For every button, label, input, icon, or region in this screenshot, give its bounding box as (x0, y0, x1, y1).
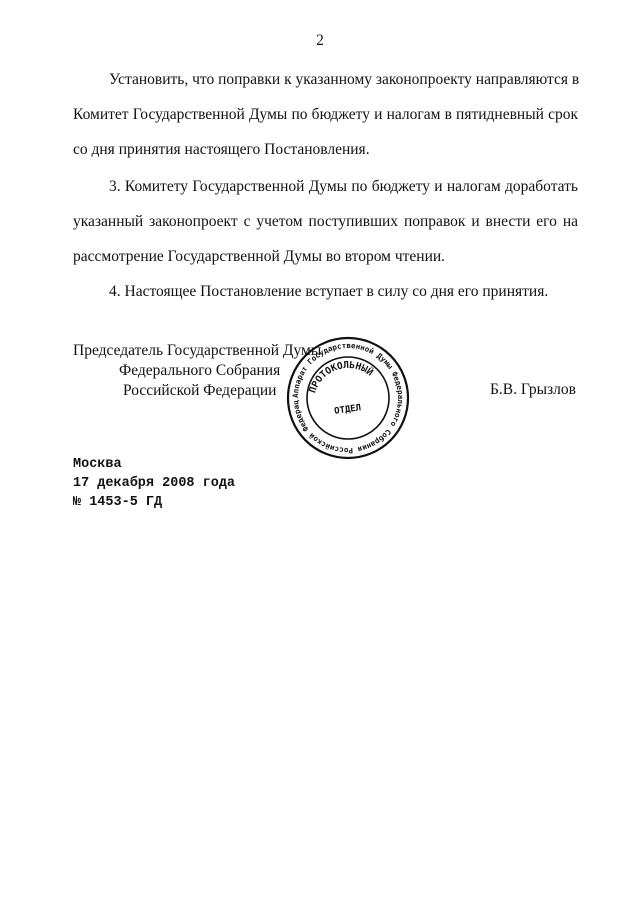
document-footer: Москва 17 декабря 2008 года № 1453-5 ГД (73, 455, 235, 512)
line-text: Установить, что поправки к указанному за… (109, 71, 579, 88)
stamp-inner-top: ПРОТОКОЛЬНЫЙ (307, 360, 375, 395)
paragraph-item-4: 4. Настоящее Постановление вступает в си… (73, 274, 578, 309)
paragraph-line: 4. Настоящее Постановление вступает в си… (73, 274, 578, 309)
paragraph-item-3: 3. Комитету Государственной Думы по бюдж… (73, 169, 578, 274)
line-text: 4. Настоящее Постановление вступает в си… (109, 283, 548, 300)
line-text: 3. Комитету Государственной Думы по бюдж… (109, 178, 578, 195)
signatory-title-line: Председатель Государственной Думы (73, 341, 321, 361)
paragraph-line: со дня принятия настоящего Постановления… (73, 132, 578, 167)
paragraph-line: 3. Комитету Государственной Думы по бюдж… (73, 169, 578, 204)
signatory-title-line: Российской Федерации (73, 381, 321, 401)
paragraph-line: Комитет Государственной Думы по бюджету … (73, 97, 578, 132)
footer-date: 17 декабря 2008 года (73, 474, 235, 493)
paragraph-line: Установить, что поправки к указанному за… (73, 62, 578, 97)
paragraph-line: рассмотрение Государственной Думы во вто… (73, 239, 578, 274)
footer-number: № 1453-5 ГД (73, 493, 235, 512)
paragraph-amendments-deadline: Установить, что поправки к указанному за… (73, 62, 578, 167)
official-stamp-icon: Аппарат Государственной Думы Федеральног… (286, 336, 410, 460)
svg-text:ПРОТОКОЛЬНЫЙ: ПРОТОКОЛЬНЫЙ (307, 360, 375, 395)
signatory-title: Председатель Государственной Думы Федера… (73, 341, 321, 401)
signatory-name: Б.В. Грызлов (490, 381, 576, 399)
footer-city: Москва (73, 455, 235, 474)
paragraph-line: указанный законопроект с учетом поступив… (73, 204, 578, 239)
page-number: 2 (0, 32, 640, 50)
stamp-inner-bottom: ОТДЕЛ (334, 403, 362, 417)
document-page: 2 Установить, что поправки к указанному … (0, 0, 640, 900)
signatory-title-line: Федерального Собрания (73, 361, 321, 381)
